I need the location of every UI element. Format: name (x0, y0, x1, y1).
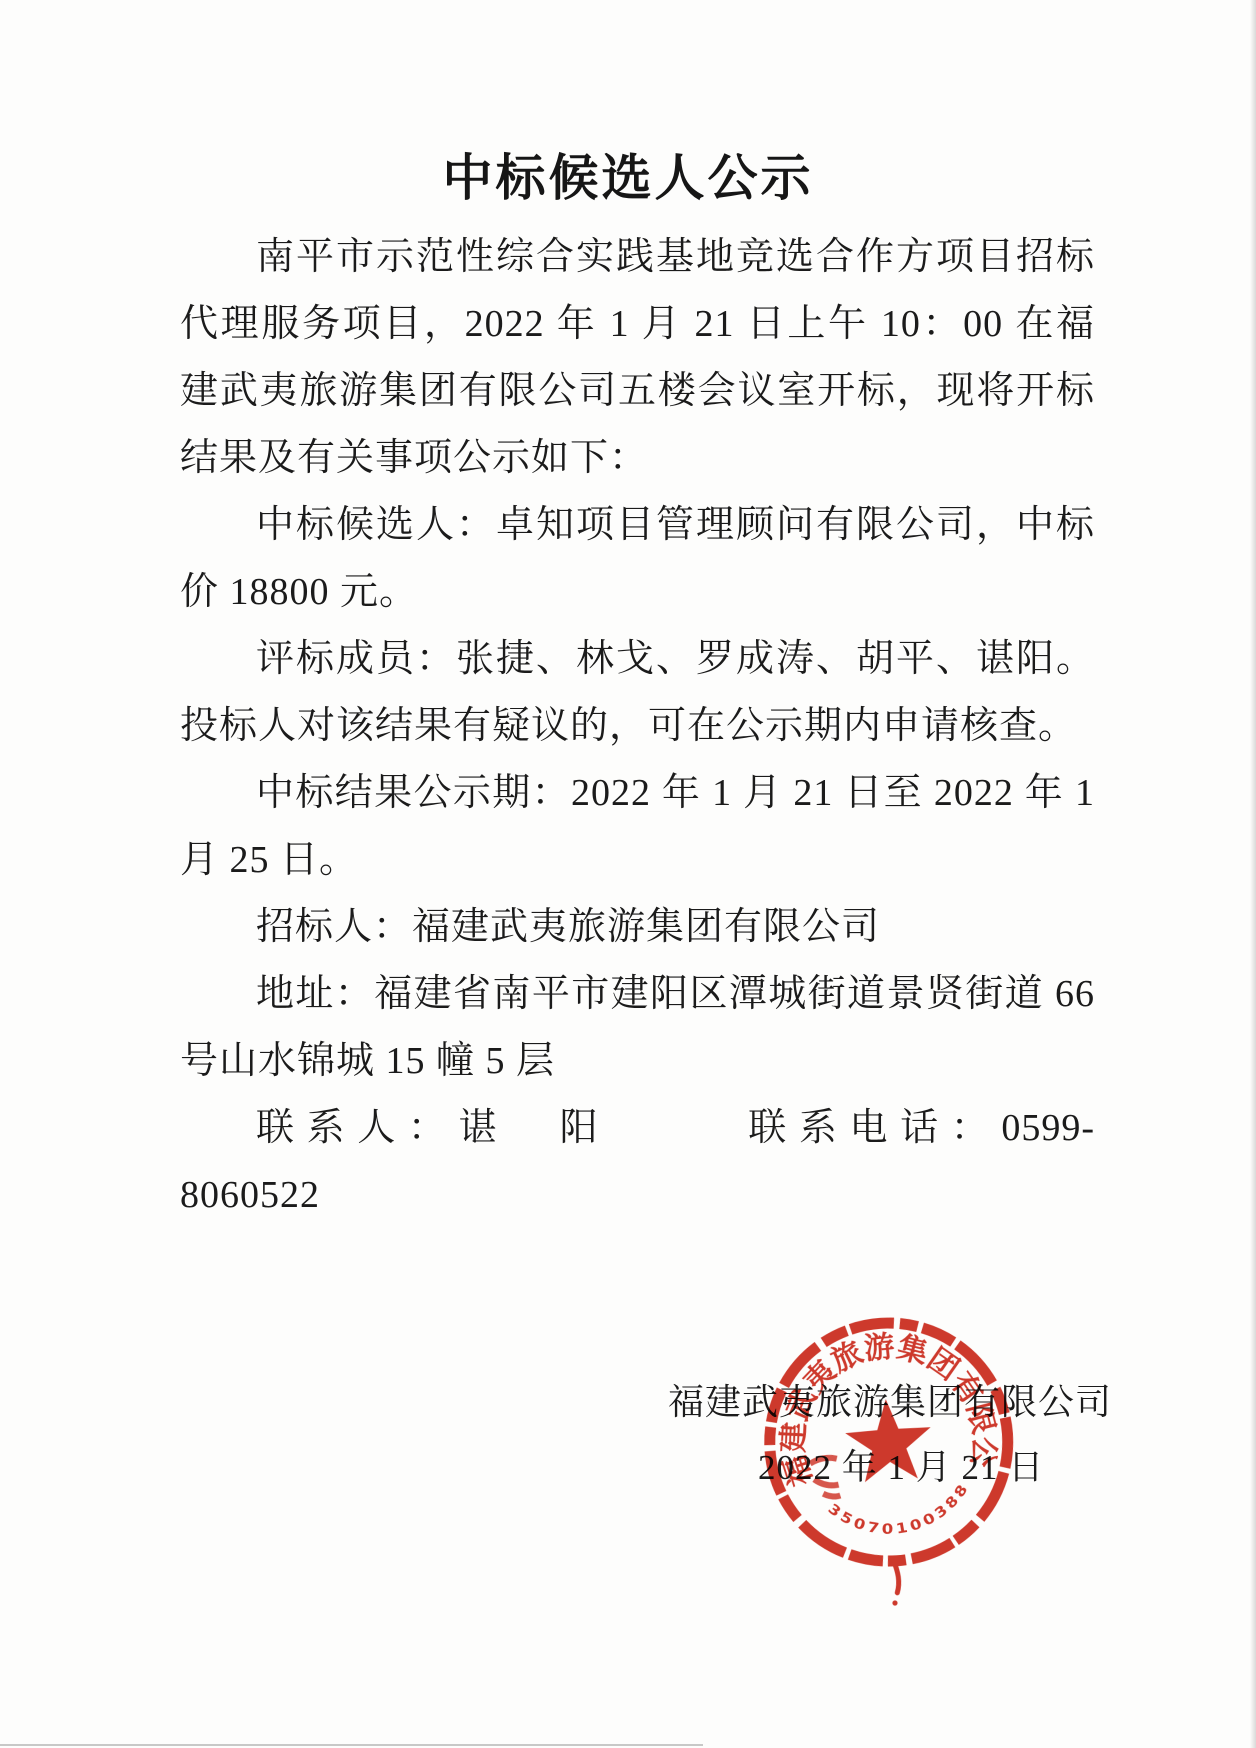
scan-edge-artifact-bottom (0, 1744, 703, 1746)
paragraph-project-intro: 南平市示范性综合实践基地竞选合作方项目招标代理服务项目，2022 年 1 月 2… (180, 224, 1095, 492)
paragraph-evaluation-committee: 评标成员：张捷、林戈、罗成涛、胡平、谌阳。投标人对该结果有疑议的，可在公示期内申… (180, 626, 1095, 760)
contact-person-name: 谌 阳 (458, 1107, 610, 1149)
paragraph-tenderer: 招标人：福建武夷旅游集团有限公司 (180, 894, 1095, 961)
scan-edge-artifact-right (1250, 0, 1256, 1748)
scanned-document-page: 中标候选人公示 南平市示范性综合实践基地竞选合作方项目招标代理服务项目，2022… (0, 0, 1256, 1748)
contact-phone-label: 联系电话： (748, 1107, 1001, 1149)
contact-person-label: 联系人： (256, 1107, 458, 1149)
official-stamp: 福建武夷旅游集团有限公司 3507010038888 (748, 1301, 1032, 1619)
paragraph-winning-candidate: 中标候选人：卓知项目管理顾问有限公司，中标价 18800 元。 (180, 492, 1095, 626)
contact-line: 联系人：谌 阳联系电话：0599-8060522 (180, 1095, 1095, 1229)
document-title: 中标候选人公示 (0, 138, 1256, 210)
paragraph-address: 地址：福建省南平市建阳区潭城街道景贤街道 66 号山水锦城 15 幢 5 层 (180, 961, 1095, 1095)
document-body: 南平市示范性综合实践基地竞选合作方项目招标代理服务项目，2022 年 1 月 2… (180, 224, 1095, 1229)
paragraph-publicity-period: 中标结果公示期：2022 年 1 月 21 日至 2022 年 1 月 25 日… (180, 760, 1095, 894)
stamp-star-icon (843, 1396, 934, 1483)
stamp-drip-dot (892, 1600, 898, 1606)
stamp-graphic: 福建武夷旅游集团有限公司 3507010038888 (748, 1301, 1032, 1619)
stamp-drip (894, 1562, 899, 1593)
